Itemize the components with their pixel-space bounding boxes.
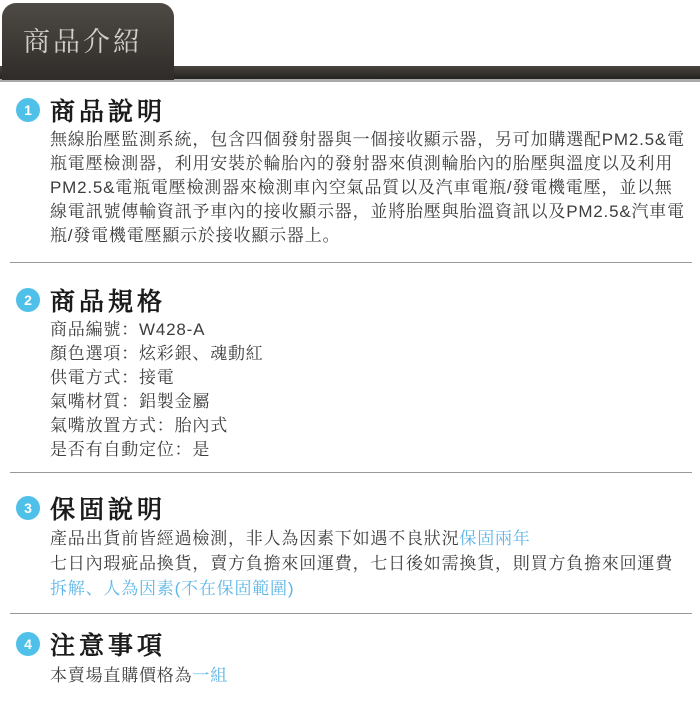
spec-row-power-method: 供電方式：接電 [50, 366, 690, 390]
section-2-number-badge: 2 [16, 288, 40, 312]
tab-product-intro-label: 商品介紹 [2, 3, 174, 59]
spec-row-valve-placement: 氣嘴放置方式：胎內式 [50, 414, 690, 438]
section-4-header: 4 注意事項 [16, 630, 690, 658]
warranty-line-text: 產品出貨前皆經過檢測，非人為因素下如遇不良狀況 [50, 529, 459, 548]
section-warranty: 3 保固說明 產品出貨前皆經過檢測，非人為因素下如遇不良狀況保固兩年 七日內瑕疵… [0, 473, 700, 613]
section-product-specs: 2 商品規格 商品編號：W428-A 顏色選項：炫彩銀、魂動紅 供電方式：接電 … [0, 263, 700, 472]
section-notes: 4 注意事項 本賣場直購價格為一組 [0, 614, 700, 702]
section-2-spec-list: 商品編號：W428-A 顏色選項：炫彩銀、魂動紅 供電方式：接電 氣嘴材質：鋁製… [50, 318, 690, 462]
warranty-line: 拆解、人為因素(不在保固範圍) [50, 576, 690, 601]
product-intro-page: 商品介紹 1 商品說明 無線胎壓監測系統，包含四個發射器與一個接收顯示器，另可加… [0, 0, 700, 707]
content-area: 1 商品說明 無線胎壓監測系統，包含四個發射器與一個接收顯示器，另可加購選配PM… [0, 82, 700, 702]
notes-line: 本賣場直購價格為一組 [50, 664, 690, 688]
section-4-title: 注意事項 [50, 626, 166, 662]
section-3-header: 3 保固說明 [16, 494, 690, 522]
warranty-highlight-two-years: 保固兩年 [459, 529, 530, 548]
section-3-number-badge: 3 [16, 496, 40, 520]
section-1-paragraph: 無線胎壓監測系統，包含四個發射器與一個接收顯示器，另可加購選配PM2.5&電瓶電… [50, 128, 690, 248]
section-4-lines: 本賣場直購價格為一組 [50, 664, 690, 688]
spec-row-color-options: 顏色選項：炫彩銀、魂動紅 [50, 342, 690, 366]
notes-line-text: 本賣場直購價格為 [50, 666, 192, 685]
section-4-number-badge: 4 [16, 632, 40, 656]
warranty-line: 七日內瑕疵品換貨，賣方負擔來回運費，七日後如需換貨，則買方負擔來回運費 [50, 551, 690, 576]
spec-row-item-number: 商品編號：W428-A [50, 318, 690, 342]
section-1-number-badge: 1 [16, 98, 40, 122]
section-2-header: 2 商品規格 [16, 286, 690, 314]
section-3-lines: 產品出貨前皆經過檢測，非人為因素下如遇不良狀況保固兩年 七日內瑕疵品換貨，賣方負… [50, 526, 690, 601]
spec-row-valve-material: 氣嘴材質：鋁製金屬 [50, 390, 690, 414]
section-3-title: 保固說明 [50, 490, 166, 526]
section-product-description: 1 商品說明 無線胎壓監測系統，包含四個發射器與一個接收顯示器，另可加購選配PM… [0, 82, 700, 262]
page-header: 商品介紹 [0, 0, 700, 82]
warranty-line: 產品出貨前皆經過檢測，非人為因素下如遇不良狀況保固兩年 [50, 526, 690, 551]
warranty-line-text: 七日內瑕疵品換貨，賣方負擔來回運費，七日後如需換貨，則買方負擔來回運費 [50, 554, 673, 573]
section-1-header: 1 商品說明 [16, 96, 690, 124]
spec-row-auto-positioning: 是否有自動定位：是 [50, 438, 690, 462]
warranty-highlight-exclusions: 拆解、人為因素(不在保固範圍) [50, 579, 294, 598]
notes-highlight-one-set: 一組 [192, 666, 228, 685]
section-1-title: 商品說明 [50, 92, 166, 128]
section-2-title: 商品規格 [50, 282, 166, 318]
tab-product-intro[interactable]: 商品介紹 [2, 3, 174, 80]
